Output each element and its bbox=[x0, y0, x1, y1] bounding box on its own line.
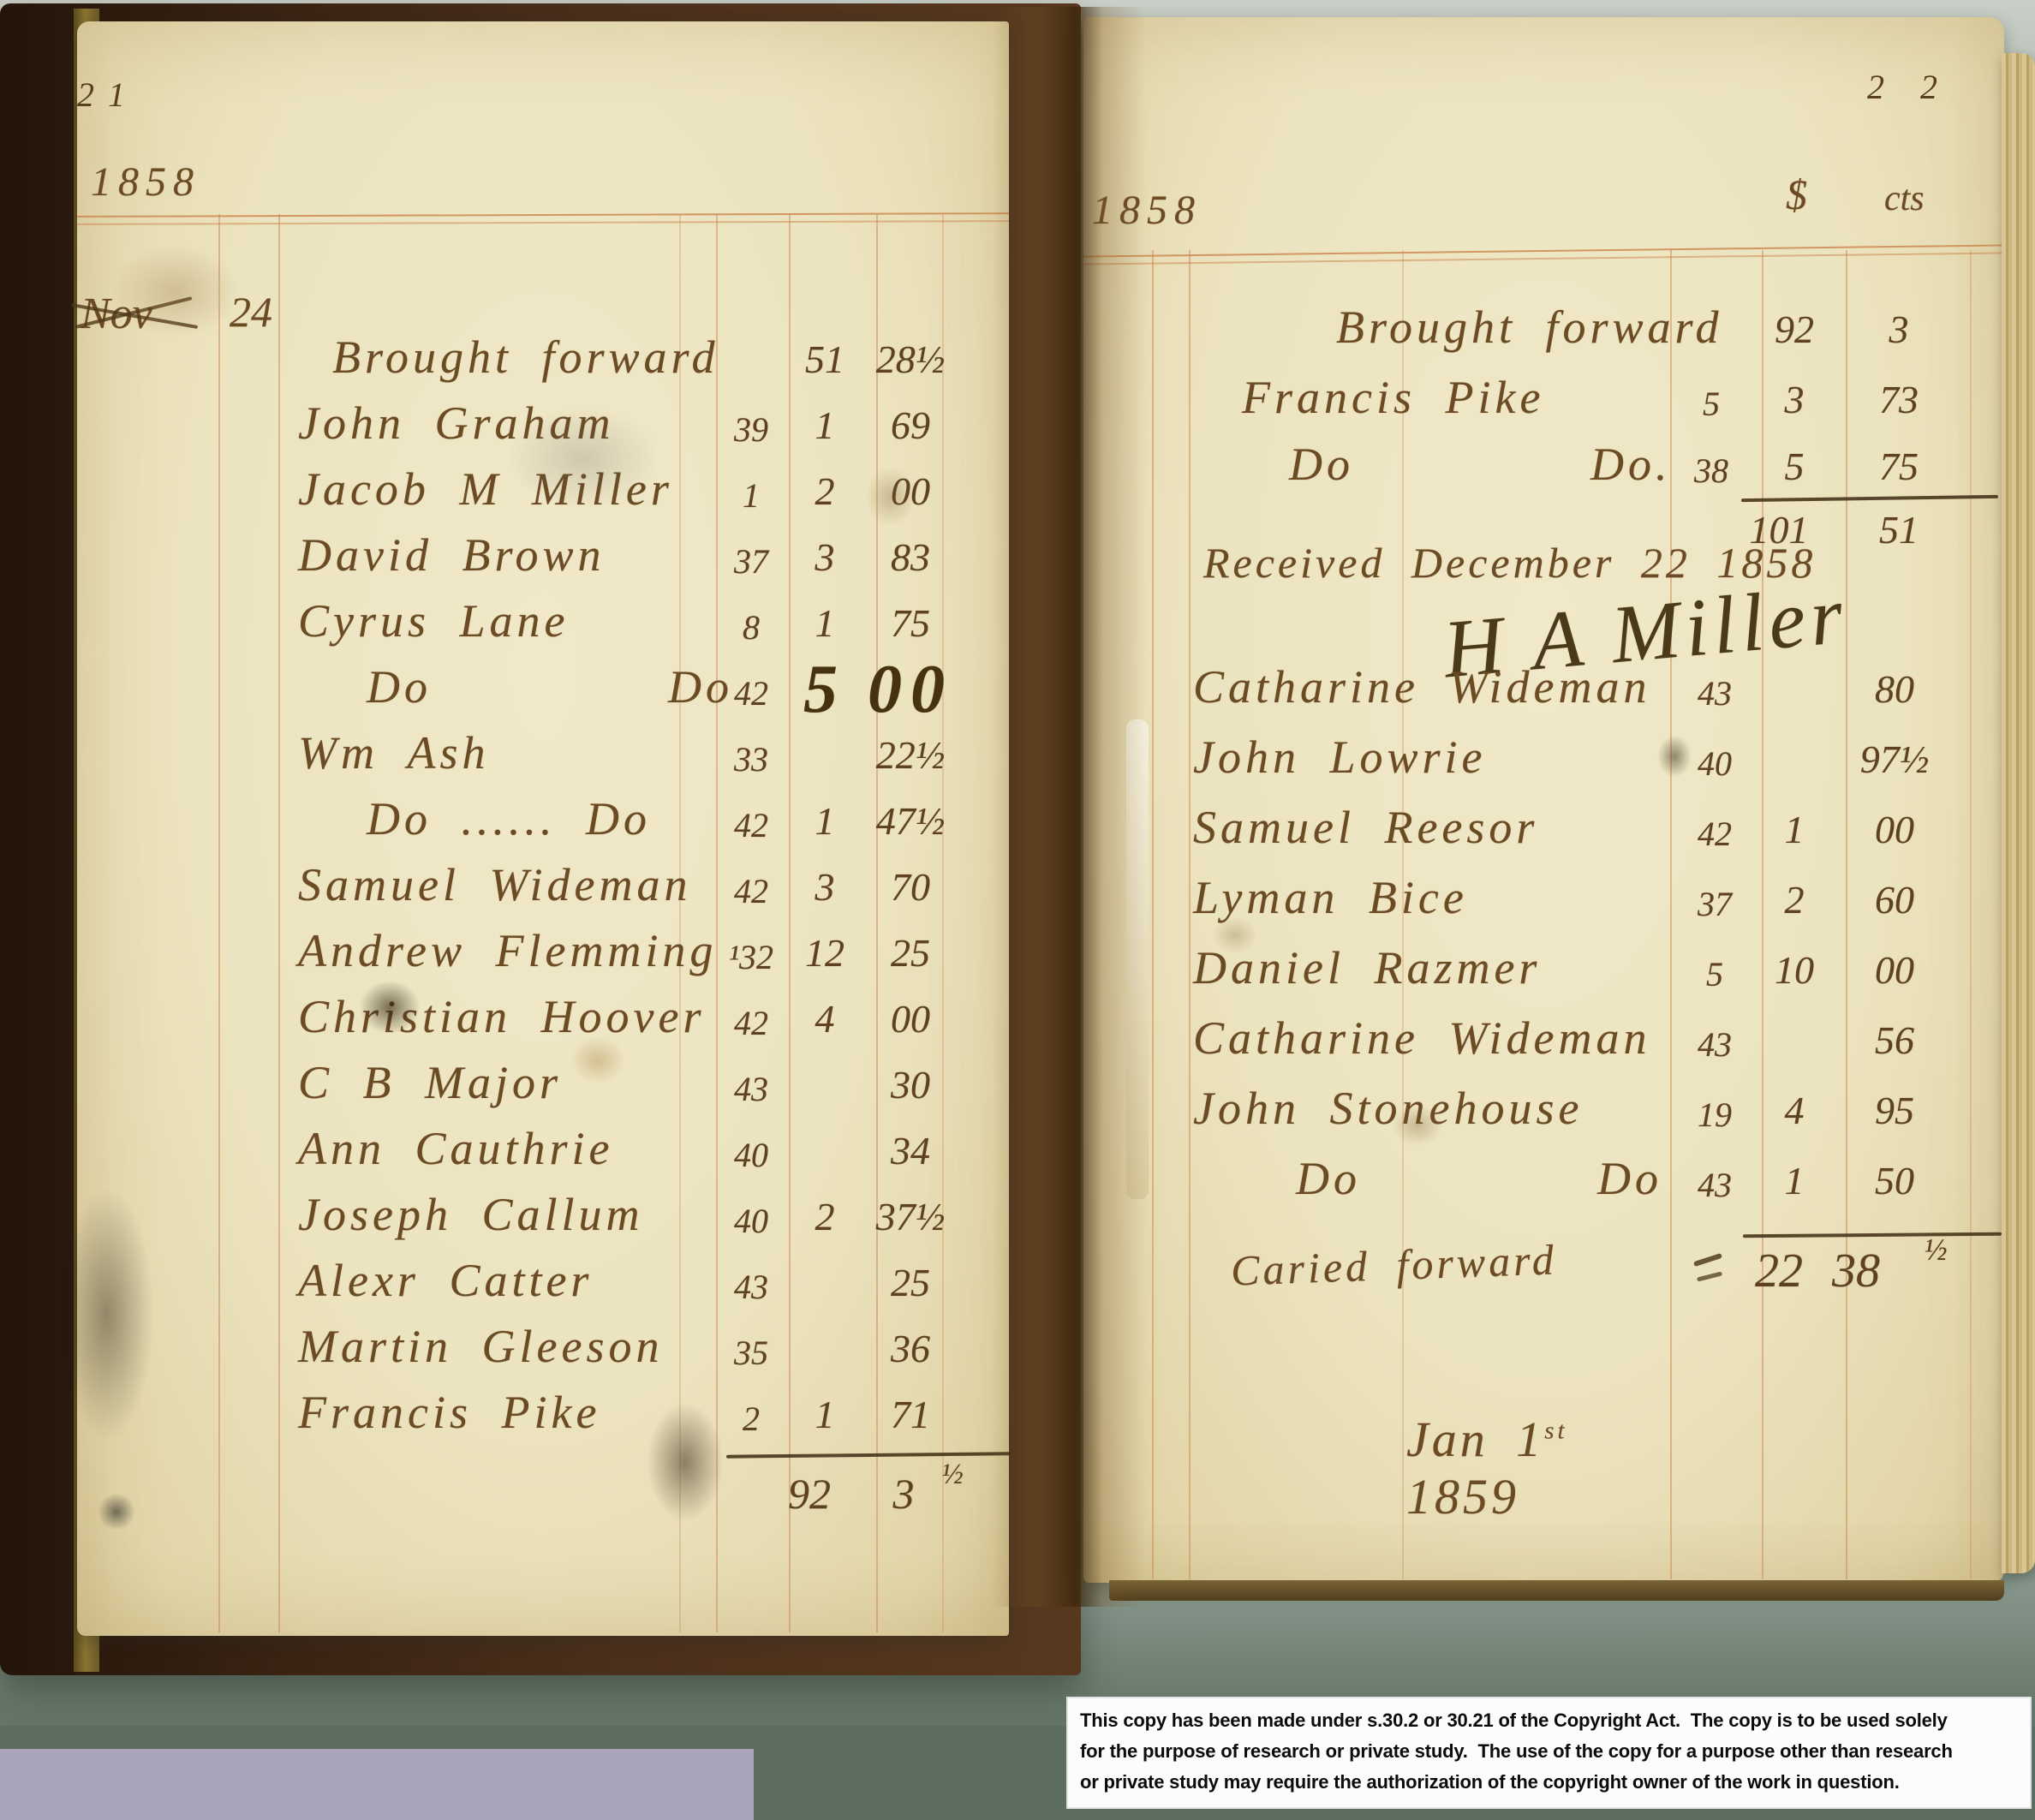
amount-cents: 60 bbox=[1875, 877, 1914, 922]
column-header-cents: cts bbox=[1884, 178, 1925, 219]
amount-cents: 34 bbox=[891, 1128, 930, 1173]
debtor-name: Samuel Wideman bbox=[298, 859, 691, 910]
amount-dollars: 10 bbox=[1775, 947, 1814, 993]
next-date-superscript: st bbox=[1544, 1417, 1567, 1445]
debtor-name: Catharine Wideman bbox=[1193, 1012, 1650, 1064]
ledger-row: Do Do.38575 bbox=[1083, 439, 2004, 505]
next-date-note: Jan 1st 1859 bbox=[1239, 1353, 1568, 1583]
amount-dollars: 3 bbox=[815, 534, 835, 580]
next-date-year: 1859 bbox=[1406, 1469, 1519, 1525]
debtor-name: David Brown bbox=[298, 529, 605, 581]
ledger-row: Catharine Wideman4356 bbox=[1083, 1012, 2004, 1079]
sheet-number: ¹32 bbox=[729, 937, 773, 977]
year-heading: 1858 bbox=[1092, 187, 1202, 234]
debtor-name: Jacob M Miller bbox=[298, 463, 673, 515]
ledger-row: Jacob M Miller1200 bbox=[77, 463, 1009, 530]
sheet-number: 42 bbox=[1698, 814, 1732, 854]
total-main-fraction: ½ bbox=[1925, 1232, 1948, 1268]
amount-cents: 97½ bbox=[1860, 737, 1930, 782]
ledger-row: John Lowrie4097½ bbox=[1083, 731, 2004, 798]
sheet-number: 8 bbox=[743, 607, 760, 647]
total-main-dollars: 22 bbox=[1755, 1244, 1803, 1298]
sheet-number: 35 bbox=[734, 1333, 768, 1373]
next-date-prefix: Jan 1 bbox=[1406, 1411, 1544, 1467]
amount-cents: 00 bbox=[868, 651, 953, 729]
sheet-number: 37 bbox=[1698, 884, 1732, 924]
ledger-page-left: 21 1858 Nov 24 Brought forward5128½John … bbox=[77, 21, 1009, 1636]
ledger-row: Alexr Catter4325 bbox=[77, 1255, 1009, 1322]
debtor-name: Samuel Reesor bbox=[1193, 802, 1538, 853]
total-cents: 3 bbox=[893, 1469, 915, 1519]
debtor-name: Joseph Callum bbox=[298, 1189, 643, 1240]
amount-dollars: 1 bbox=[815, 1392, 835, 1437]
amount-cents: 25 bbox=[891, 930, 930, 976]
amount-dollars: 4 bbox=[815, 996, 835, 1041]
total-main-cents: 38 bbox=[1832, 1244, 1880, 1298]
page-number: 2 2 bbox=[1867, 67, 1951, 107]
sheet-number: 42 bbox=[734, 1003, 768, 1043]
ledger-row: Daniel Razmer51000 bbox=[1083, 942, 2004, 1009]
amount-cents: 25 bbox=[891, 1260, 930, 1305]
scanned-ledger-photo: 21 1858 Nov 24 Brought forward5128½John … bbox=[0, 0, 2035, 1820]
amount-dollars: 3 bbox=[815, 864, 835, 910]
ledger-row: Brought forward5128½ bbox=[77, 331, 1009, 398]
amount-cents: 69 bbox=[891, 403, 930, 448]
sum-line-main bbox=[1743, 1232, 2002, 1238]
total-dollars: 92 bbox=[788, 1469, 831, 1519]
amount-dollars: 3 bbox=[1785, 377, 1805, 422]
total-fraction: ½ bbox=[941, 1459, 964, 1491]
sheet-number: 40 bbox=[734, 1201, 768, 1241]
amount-cents: 47½ bbox=[876, 798, 946, 844]
amount-cents: 75 bbox=[891, 600, 930, 646]
header-rule-2 bbox=[77, 220, 1009, 225]
debtor-name: Francis Pike bbox=[298, 1387, 600, 1438]
amount-dollars: 92 bbox=[1775, 307, 1814, 352]
sheet-number: 39 bbox=[734, 409, 768, 450]
sheet-number: 19 bbox=[1698, 1095, 1732, 1135]
sheet-number: 43 bbox=[1698, 1165, 1732, 1205]
header-rule bbox=[77, 212, 1009, 218]
amount-dollars: 1 bbox=[815, 403, 835, 448]
ledger-row: Ann Cauthrie4034 bbox=[77, 1123, 1009, 1190]
ledger-row: Francis Pike2171 bbox=[77, 1387, 1009, 1453]
flourish-mark bbox=[1697, 1271, 1722, 1281]
ledger-row: Andrew Flemming¹321225 bbox=[77, 925, 1009, 992]
ledger-row: Samuel Reesor42100 bbox=[1083, 802, 2004, 868]
sheet-number: 40 bbox=[1698, 743, 1732, 784]
debtor-name: Wm Ash bbox=[298, 727, 490, 779]
amount-cents: 80 bbox=[1875, 666, 1914, 712]
carried-note: Caried forward bbox=[1230, 1234, 1557, 1295]
bottom-lavender-band bbox=[0, 1749, 754, 1820]
column-header-dollars: $ bbox=[1786, 170, 1807, 219]
page-number: 21 bbox=[77, 75, 139, 115]
amount-cents: 73 bbox=[1879, 377, 1919, 422]
ledger-row: Lyman Bice37260 bbox=[1083, 872, 2004, 939]
amount-dollars: 2 bbox=[815, 1194, 835, 1239]
ledger-row: Martin Gleeson3536 bbox=[77, 1321, 1009, 1387]
amount-cents: 30 bbox=[891, 1062, 930, 1107]
debtor-name: John Graham bbox=[298, 397, 614, 449]
amount-dollars: 12 bbox=[805, 930, 844, 976]
speck bbox=[98, 1493, 135, 1531]
total-top-cents: 51 bbox=[1879, 507, 1919, 552]
amount-cents: 56 bbox=[1875, 1017, 1914, 1063]
entry-day: 24 bbox=[230, 287, 272, 337]
debtor-name: Brought forward bbox=[332, 331, 719, 383]
ledger-row: Wm Ash3322½ bbox=[77, 727, 1009, 794]
sheet-number: 2 bbox=[743, 1399, 760, 1439]
copyright-line: or private study may require the authori… bbox=[1068, 1767, 2030, 1798]
amount-cents: 28½ bbox=[876, 337, 946, 382]
amount-dollars: 51 bbox=[805, 337, 844, 382]
amount-dollars: 4 bbox=[1785, 1088, 1805, 1133]
ledger-row: Catharine Wideman4380 bbox=[1083, 661, 2004, 728]
debtor-name: Catharine Wideman bbox=[1193, 661, 1650, 713]
amount-cents: 00 bbox=[891, 468, 930, 514]
ledger-row: C B Major4330 bbox=[77, 1057, 1009, 1124]
ledger-row: Joseph Callum40237½ bbox=[77, 1189, 1009, 1256]
debtor-name: Lyman Bice bbox=[1193, 872, 1468, 923]
amount-cents: 3 bbox=[1889, 307, 1909, 352]
amount-dollars: 1 bbox=[815, 798, 835, 844]
ledger-row: Do Do43150 bbox=[1083, 1153, 2004, 1220]
sheet-number: 42 bbox=[734, 805, 768, 845]
amount-dollars: 2 bbox=[815, 468, 835, 514]
debtor-name: Cyrus Lane bbox=[298, 595, 570, 647]
amount-dollars: 1 bbox=[1785, 1158, 1805, 1203]
ledger-page-right: 2 2 1858 $ cts Brought forward923Francis… bbox=[1083, 17, 2004, 1583]
sheet-number: 42 bbox=[734, 673, 768, 713]
sheet-number: 42 bbox=[734, 871, 768, 911]
ledger-row: Do ...... Do42147½ bbox=[77, 793, 1009, 860]
debtor-name: C B Major bbox=[298, 1057, 562, 1108]
debtor-name: Alexr Catter bbox=[298, 1255, 593, 1306]
amount-dollars: 1 bbox=[815, 600, 835, 646]
sheet-number: 5 bbox=[1706, 954, 1723, 994]
sheet-number: 43 bbox=[1698, 1024, 1732, 1065]
debtor-name: Do Do bbox=[1296, 1153, 1662, 1204]
sheet-number: 38 bbox=[1694, 451, 1728, 491]
amount-cents: 75 bbox=[1879, 444, 1919, 489]
ledger-row: David Brown37383 bbox=[77, 529, 1009, 596]
page-bottom-edge bbox=[1109, 1580, 2004, 1601]
debtor-name: Daniel Razmer bbox=[1193, 942, 1541, 994]
debtor-name: Martin Gleeson bbox=[298, 1321, 663, 1372]
amount-dollars: 2 bbox=[1785, 877, 1805, 922]
amount-cents: 37½ bbox=[876, 1194, 946, 1239]
amount-cents: 22½ bbox=[876, 732, 946, 778]
sheet-number: 40 bbox=[734, 1135, 768, 1175]
ledger-row: John Stonehouse19495 bbox=[1083, 1083, 2004, 1149]
amount-cents: 00 bbox=[1875, 947, 1914, 993]
ledger-row: Do Do42500 bbox=[77, 661, 1009, 728]
amount-dollars: 5 bbox=[1785, 444, 1805, 489]
sheet-number: 33 bbox=[734, 739, 768, 779]
debtor-name: Francis Pike bbox=[1242, 372, 1544, 423]
year-heading: 1858 bbox=[91, 158, 200, 206]
amount-cents: 70 bbox=[891, 864, 930, 910]
amount-cents: 83 bbox=[891, 534, 930, 580]
sheet-number: 5 bbox=[1703, 384, 1720, 424]
amount-cents: 00 bbox=[1875, 807, 1914, 852]
debtor-name: Christian Hoover bbox=[298, 991, 706, 1042]
debtor-name: Do ...... Do bbox=[367, 793, 651, 844]
amount-cents: 36 bbox=[891, 1326, 930, 1371]
amount-cents: 50 bbox=[1875, 1158, 1914, 1203]
sheet-number: 43 bbox=[734, 1267, 768, 1307]
debtor-name: John Stonehouse bbox=[1193, 1083, 1583, 1134]
debtor-name: Do Do. bbox=[1289, 439, 1672, 490]
debtor-name: Ann Cauthrie bbox=[298, 1123, 614, 1174]
page-edge-stack bbox=[2002, 53, 2035, 1573]
copyright-line: for the purpose of research or private s… bbox=[1068, 1736, 2030, 1767]
sheet-number: 43 bbox=[734, 1069, 768, 1109]
amount-cents: 95 bbox=[1875, 1088, 1914, 1133]
copyright-notice: This copy has been made under s.30.2 or … bbox=[1068, 1698, 2030, 1807]
sheet-number: 1 bbox=[743, 475, 760, 516]
flourish-mark bbox=[1693, 1253, 1722, 1267]
ledger-row: John Graham39169 bbox=[77, 397, 1009, 464]
debtor-name: John Lowrie bbox=[1193, 731, 1487, 783]
amount-dollars: 1 bbox=[1785, 807, 1805, 852]
ledger-row: Samuel Wideman42370 bbox=[77, 859, 1009, 926]
ledger-row: Christian Hoover42400 bbox=[77, 991, 1009, 1058]
ledger-row: Brought forward923 bbox=[1083, 301, 2004, 368]
amount-cents: 00 bbox=[891, 996, 930, 1041]
debtor-name: Brought forward bbox=[1336, 301, 1723, 353]
sheet-number: 37 bbox=[734, 541, 768, 582]
copyright-line: This copy has been made under s.30.2 or … bbox=[1068, 1698, 2030, 1736]
sheet-number: 43 bbox=[1698, 673, 1732, 713]
amount-cents: 71 bbox=[891, 1392, 930, 1437]
debtor-name: Andrew Flemming bbox=[298, 925, 717, 976]
amount-dollars: 5 bbox=[803, 651, 846, 729]
debtor-name: Do Do bbox=[367, 661, 733, 713]
ledger-row: Francis Pike5373 bbox=[1083, 372, 2004, 439]
